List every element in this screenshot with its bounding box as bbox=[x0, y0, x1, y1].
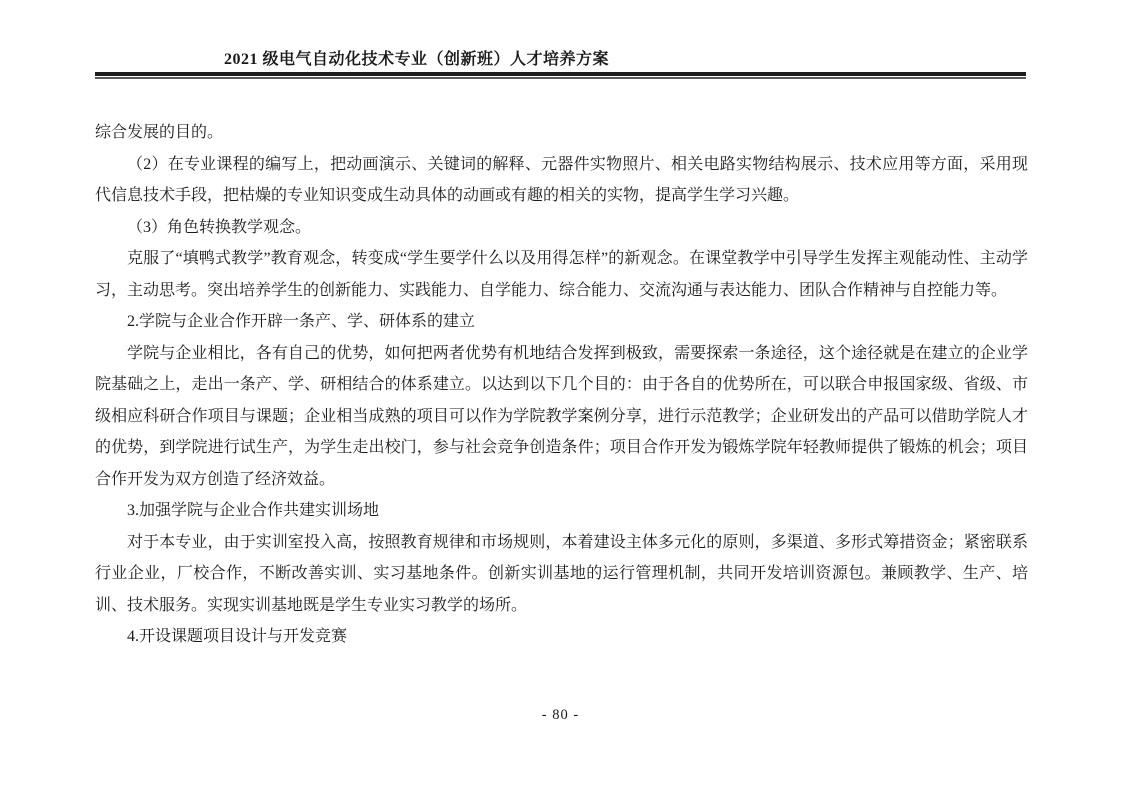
page-footer: - 80 - bbox=[95, 707, 1026, 724]
paragraph: 学院与企业相比，各有自己的优势，如何把两者优势有机地结合发挥到极致，需要探索一条… bbox=[95, 338, 1028, 496]
paragraph: 对于本专业，由于实训室投入高，按照教育规律和市场规则，本着建设主体多元化的原则，… bbox=[95, 527, 1028, 622]
header-title: 2021 级电气自动化技术专业（创新班）人才培养方案 bbox=[224, 46, 609, 69]
section-heading: 2.学院与企业合作开辟一条产、学、研体系的建立 bbox=[95, 306, 1028, 338]
document-body: 综合发展的目的。 （2）在专业课程的编写上，把动画演示、关键词的解释、元器件实物… bbox=[95, 117, 1028, 653]
paragraph: （2）在专业课程的编写上，把动画演示、关键词的解释、元器件实物照片、相关电路实物… bbox=[95, 149, 1028, 212]
document-page: 2021 级电气自动化技术专业（创新班）人才培养方案 综合发展的目的。 （2）在… bbox=[0, 0, 1122, 793]
paragraph-continuation: 综合发展的目的。 bbox=[95, 117, 1028, 149]
section-heading: 3.加强学院与企业合作共建实训场地 bbox=[95, 495, 1028, 527]
header-rule bbox=[95, 72, 1026, 79]
page-number: - 80 - bbox=[542, 707, 579, 723]
section-heading: 4.开设课题项目设计与开发竞赛 bbox=[95, 621, 1028, 653]
paragraph: （3）角色转换教学观念。 bbox=[95, 212, 1028, 244]
header-rule-thin-line bbox=[95, 77, 1026, 79]
paragraph: 克服了“填鸭式教学”教育观念，转变成“学生要学什么以及用得怎样”的新观念。在课堂… bbox=[95, 243, 1028, 306]
